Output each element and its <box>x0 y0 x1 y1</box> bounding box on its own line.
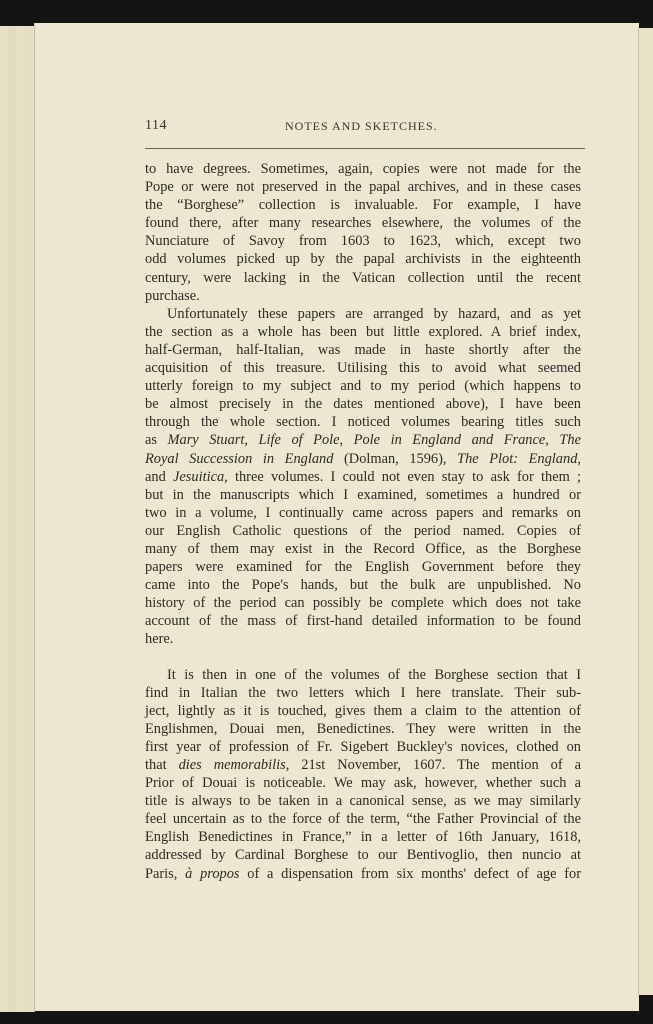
text-line: title is always to be taken in a canonic… <box>145 792 581 810</box>
text-line: our English Catholic questions of the pe… <box>145 522 581 540</box>
text-line: but in the manuscripts which I examined,… <box>145 486 581 504</box>
book-title: Mary Stuart <box>168 432 245 448</box>
text-span: , <box>545 432 559 448</box>
text-line: Paris, à propos of a dispensation from s… <box>145 865 581 883</box>
paragraph: Unfortunately these papers are arranged … <box>145 305 581 649</box>
text-line: utterly foreign to my subject and to my … <box>145 377 581 395</box>
text-line: the section as a whole has been but litt… <box>145 323 581 341</box>
text-line: two in a volume, I continually came acro… <box>145 504 581 522</box>
text-line: first year of profession of Fr. Sigebert… <box>145 738 581 756</box>
book-title: The Plot: England <box>457 451 577 467</box>
text-line: here. <box>145 630 581 648</box>
header-rule <box>145 148 585 149</box>
latin-phrase: dies memorabilis <box>179 757 286 773</box>
text-line: Unfortunately these papers are arranged … <box>145 305 581 323</box>
text-span: that <box>145 757 179 773</box>
text-line: find in Italian the two letters which I … <box>145 684 581 702</box>
text-line: that dies memorabilis, 21st November, 16… <box>145 756 581 774</box>
text-line: found there, after many researches elsew… <box>145 214 581 232</box>
text-line: Nunciature of Savoy from 1603 to 1623, w… <box>145 232 581 250</box>
running-title: NOTES AND SKETCHES. <box>285 119 438 134</box>
book-title: Pole in England and France <box>354 432 546 448</box>
text-line: English Benedictines in France,” in a le… <box>145 828 581 846</box>
book-title: Jesuitica <box>173 469 224 485</box>
text-line: It is then in one of the volumes of the … <box>145 666 581 684</box>
text-span: as <box>145 432 168 448</box>
text-line: be almost precisely in the dates mention… <box>145 395 581 413</box>
text-span: , <box>244 432 258 448</box>
book-title: Life of Pole <box>259 432 340 448</box>
body-text: to have degrees. Sometimes, again, copie… <box>145 160 581 883</box>
text-line: account of the mass of first-hand detail… <box>145 612 581 630</box>
text-line: Englishmen, Douai men, Benedictines. The… <box>145 720 581 738</box>
text-line: feel uncertain as to the force of the te… <box>145 810 581 828</box>
text-line: addressed by Cardinal Borghese to our Be… <box>145 846 581 864</box>
text-line: and Jesuitica, three volumes. I could no… <box>145 468 581 486</box>
text-line: purchase. <box>145 287 581 305</box>
text-span: , <box>340 432 354 448</box>
text-span: (Dolman, 1596), <box>333 451 457 467</box>
paragraph: to have degrees. Sometimes, again, copie… <box>145 160 581 305</box>
paragraph: It is then in one of the volumes of the … <box>145 666 581 883</box>
text-span: of a dispensation from six months' defec… <box>240 866 581 882</box>
text-line: came into the Pope's hands, but the bulk… <box>145 576 581 594</box>
text-span: and <box>145 469 173 485</box>
text-span: , three volumes. I could not even stay t… <box>224 469 581 485</box>
text-line: century, were lacking in the Vatican col… <box>145 269 581 287</box>
text-line: ject, lightly as it is touched, gives th… <box>145 702 581 720</box>
book-title: Royal Succession in England <box>145 451 333 467</box>
text-line: odd volumes picked up by the papal archi… <box>145 250 581 268</box>
text-line: many of them may exist in the Record Off… <box>145 540 581 558</box>
text-line: Prior of Douai is noticeable. We may ask… <box>145 774 581 792</box>
text-span: , <box>577 451 581 467</box>
text-line: Royal Succession in England (Dolman, 159… <box>145 450 581 468</box>
text-line: as Mary Stuart, Life of Pole, Pole in En… <box>145 431 581 449</box>
french-phrase: à propos <box>185 866 239 882</box>
text-line: history of the period can possibly be co… <box>145 594 581 612</box>
text-line: Pope or were not preserved in the papal … <box>145 178 581 196</box>
text-line: to have degrees. Sometimes, again, copie… <box>145 160 581 178</box>
text-span: , 21st November, 1607. The mention of a <box>286 757 581 773</box>
text-span: Paris, <box>145 866 185 882</box>
running-head: 114 NOTES AND SKETCHES. <box>145 116 585 136</box>
page-number: 114 <box>145 118 167 134</box>
text-line: papers were examined for the English Gov… <box>145 558 581 576</box>
text-line: the “Borghese” collection is invaluable.… <box>145 196 581 214</box>
facing-page-edge <box>638 28 653 995</box>
section-gap <box>145 649 581 666</box>
text-line: through the whole section. I noticed vol… <box>145 413 581 431</box>
book-title: The <box>559 432 581 448</box>
text-line: acquisition of this treasure. Utilising … <box>145 359 581 377</box>
text-line: half-German, half-Italian, was made in h… <box>145 341 581 359</box>
